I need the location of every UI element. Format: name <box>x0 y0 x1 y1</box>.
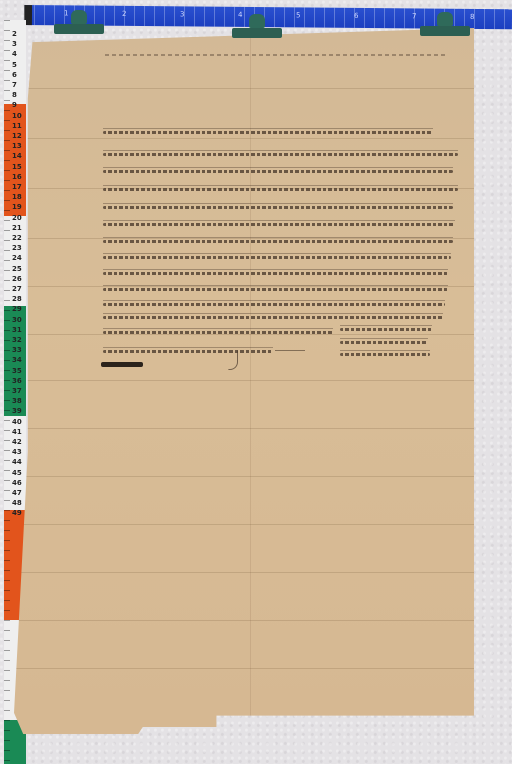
text-line <box>103 170 453 173</box>
handwritten-text-block <box>0 0 512 764</box>
text-line <box>103 288 448 291</box>
closing-line <box>103 350 273 353</box>
ink-seal-mark <box>101 362 143 367</box>
descender-stroke <box>228 350 238 370</box>
text-line <box>103 240 453 243</box>
text-line <box>103 223 455 226</box>
text-line <box>103 316 443 319</box>
text-line <box>103 272 448 275</box>
text-line <box>103 153 458 156</box>
text-line <box>103 188 458 191</box>
faint-header-line <box>105 54 445 56</box>
text-line <box>103 331 333 334</box>
signature-line <box>340 353 430 356</box>
text-line <box>103 131 433 134</box>
signature-line <box>340 328 432 331</box>
closing-dash <box>275 350 305 351</box>
text-line <box>103 206 453 209</box>
signature-line <box>340 341 428 344</box>
text-line <box>103 256 451 259</box>
text-line <box>103 303 445 306</box>
